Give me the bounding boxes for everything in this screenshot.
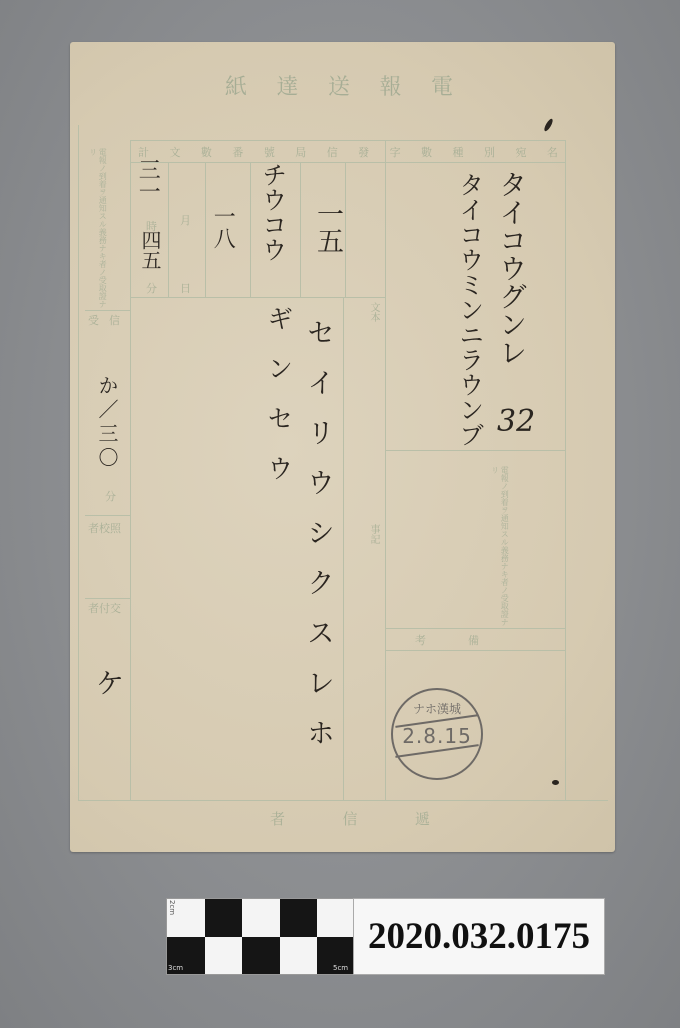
handwritten-word-count: 一五 bbox=[312, 200, 343, 254]
postmark-stamp: ナホ漢城 2.8.15 bbox=[391, 688, 483, 780]
form-header-divider bbox=[130, 162, 565, 163]
ink-spot bbox=[552, 780, 559, 785]
handwritten-deliverer-mark: ケ bbox=[96, 668, 124, 700]
form-left-margin bbox=[78, 125, 79, 800]
handwritten-message-line2: ギンセウ bbox=[262, 305, 292, 505]
postmark-office: ナホ漢城 bbox=[393, 700, 481, 717]
postmark-date: 2.8.15 bbox=[393, 724, 481, 748]
header-label: 局 bbox=[295, 144, 306, 160]
label-minute: 分 bbox=[146, 280, 157, 296]
label-month: 月 bbox=[180, 212, 191, 228]
label-notes-left: 考 bbox=[415, 632, 426, 648]
header-label: 數 bbox=[201, 144, 212, 160]
handwritten-hour: 三一 bbox=[135, 158, 160, 202]
form-title: 紙 達 送 報 電 bbox=[225, 70, 455, 101]
accession-number: 2020.032.0175 bbox=[368, 915, 590, 958]
header-label: 宛 bbox=[515, 144, 526, 160]
form-col-count bbox=[345, 162, 346, 297]
label-deliverer: 者付交 bbox=[88, 600, 121, 616]
handwritten-address-line2: タイコウミンニラウンブ bbox=[455, 172, 484, 447]
header-label: 番 bbox=[232, 144, 243, 160]
label-received-minute: 分 bbox=[105, 488, 116, 504]
handwritten-address-line1: タイコウグンレ bbox=[495, 170, 527, 366]
header-label: 號 bbox=[264, 144, 275, 160]
handwritten-address-number: 32 bbox=[497, 405, 535, 440]
scale-square-black bbox=[242, 937, 280, 975]
header-row-labels: 計 文 數 番 號 局 信 發 字 數 種 別 宛 名 bbox=[138, 144, 558, 160]
header-label: 字 bbox=[390, 144, 401, 160]
label-notes-right: 備 bbox=[468, 632, 479, 648]
form-left-row-3 bbox=[85, 598, 130, 599]
header-label: 文 bbox=[169, 144, 180, 160]
form-col-day bbox=[205, 162, 206, 297]
scale-square-black bbox=[280, 899, 318, 937]
form-left-row-1 bbox=[85, 310, 130, 311]
form-left-row-2 bbox=[85, 515, 130, 516]
label-remarks-mark: 事記 bbox=[366, 524, 381, 544]
footer-char: 遞 bbox=[415, 808, 430, 829]
form-border-top bbox=[130, 140, 565, 141]
title-char: 紙 bbox=[225, 70, 249, 101]
footer-char: 者 bbox=[270, 808, 285, 829]
form-col-office bbox=[300, 162, 301, 297]
label-text-mark: 文本 bbox=[366, 302, 381, 322]
header-label: 別 bbox=[484, 144, 495, 160]
form-col-address-divider bbox=[385, 140, 386, 800]
title-char: 達 bbox=[276, 70, 300, 101]
header-label: 發 bbox=[358, 144, 369, 160]
scale-square-white bbox=[205, 937, 243, 975]
color-scale-bar bbox=[166, 898, 356, 975]
form-col-time bbox=[168, 162, 169, 297]
scale-label-bottom-left: 3cm bbox=[168, 964, 183, 972]
form-row-body-top bbox=[130, 297, 385, 298]
header-label: 數 bbox=[421, 144, 432, 160]
form-border-right bbox=[565, 140, 566, 800]
form-row-notes-top bbox=[385, 628, 565, 629]
form-col-number bbox=[250, 162, 251, 297]
label-day: 日 bbox=[180, 280, 191, 296]
title-char: 送 bbox=[328, 70, 352, 101]
title-char: 報 bbox=[379, 70, 403, 101]
form-row-address-bottom bbox=[385, 450, 565, 451]
scale-square-white bbox=[242, 899, 280, 937]
header-label: 種 bbox=[453, 144, 464, 160]
form-col-mark bbox=[343, 297, 344, 800]
header-label: 名 bbox=[547, 144, 558, 160]
handwritten-message-line1: セイリウシクスレホ bbox=[305, 318, 333, 768]
title-char: 電 bbox=[431, 70, 455, 101]
instruction-note-left: 電報ノ到着ヲ通知スル義務ナキ者ノ受取證ナリ bbox=[88, 148, 107, 308]
scale-label-top: 2cm bbox=[168, 900, 176, 915]
instruction-note-right: 電報ノ到着ヲ通知スル義務ナキ者ノ受取證ナリ bbox=[490, 466, 509, 626]
header-label: 信 bbox=[327, 144, 338, 160]
label-received: 受信 bbox=[88, 312, 130, 328]
handwritten-sender-office: チウコウ bbox=[258, 162, 287, 262]
accession-number-label: 2020.032.0175 bbox=[353, 898, 605, 975]
scale-square-white bbox=[280, 937, 318, 975]
scale-square-black bbox=[205, 899, 243, 937]
form-border-bottom bbox=[78, 800, 608, 801]
handwritten-received-time: か／三〇 bbox=[95, 375, 118, 471]
scale-label-bottom-right: 5cm bbox=[333, 964, 348, 972]
label-checker: 者校照 bbox=[88, 520, 121, 536]
form-row-notes-bottom bbox=[385, 650, 565, 651]
scale-square-white bbox=[317, 899, 355, 937]
footer-char: 信 bbox=[342, 808, 357, 829]
handwritten-minute: 四五 bbox=[138, 230, 161, 270]
form-border-left bbox=[130, 140, 131, 800]
form-footer: 者 信 遞 bbox=[270, 808, 430, 829]
handwritten-day: 一八 bbox=[210, 205, 235, 249]
